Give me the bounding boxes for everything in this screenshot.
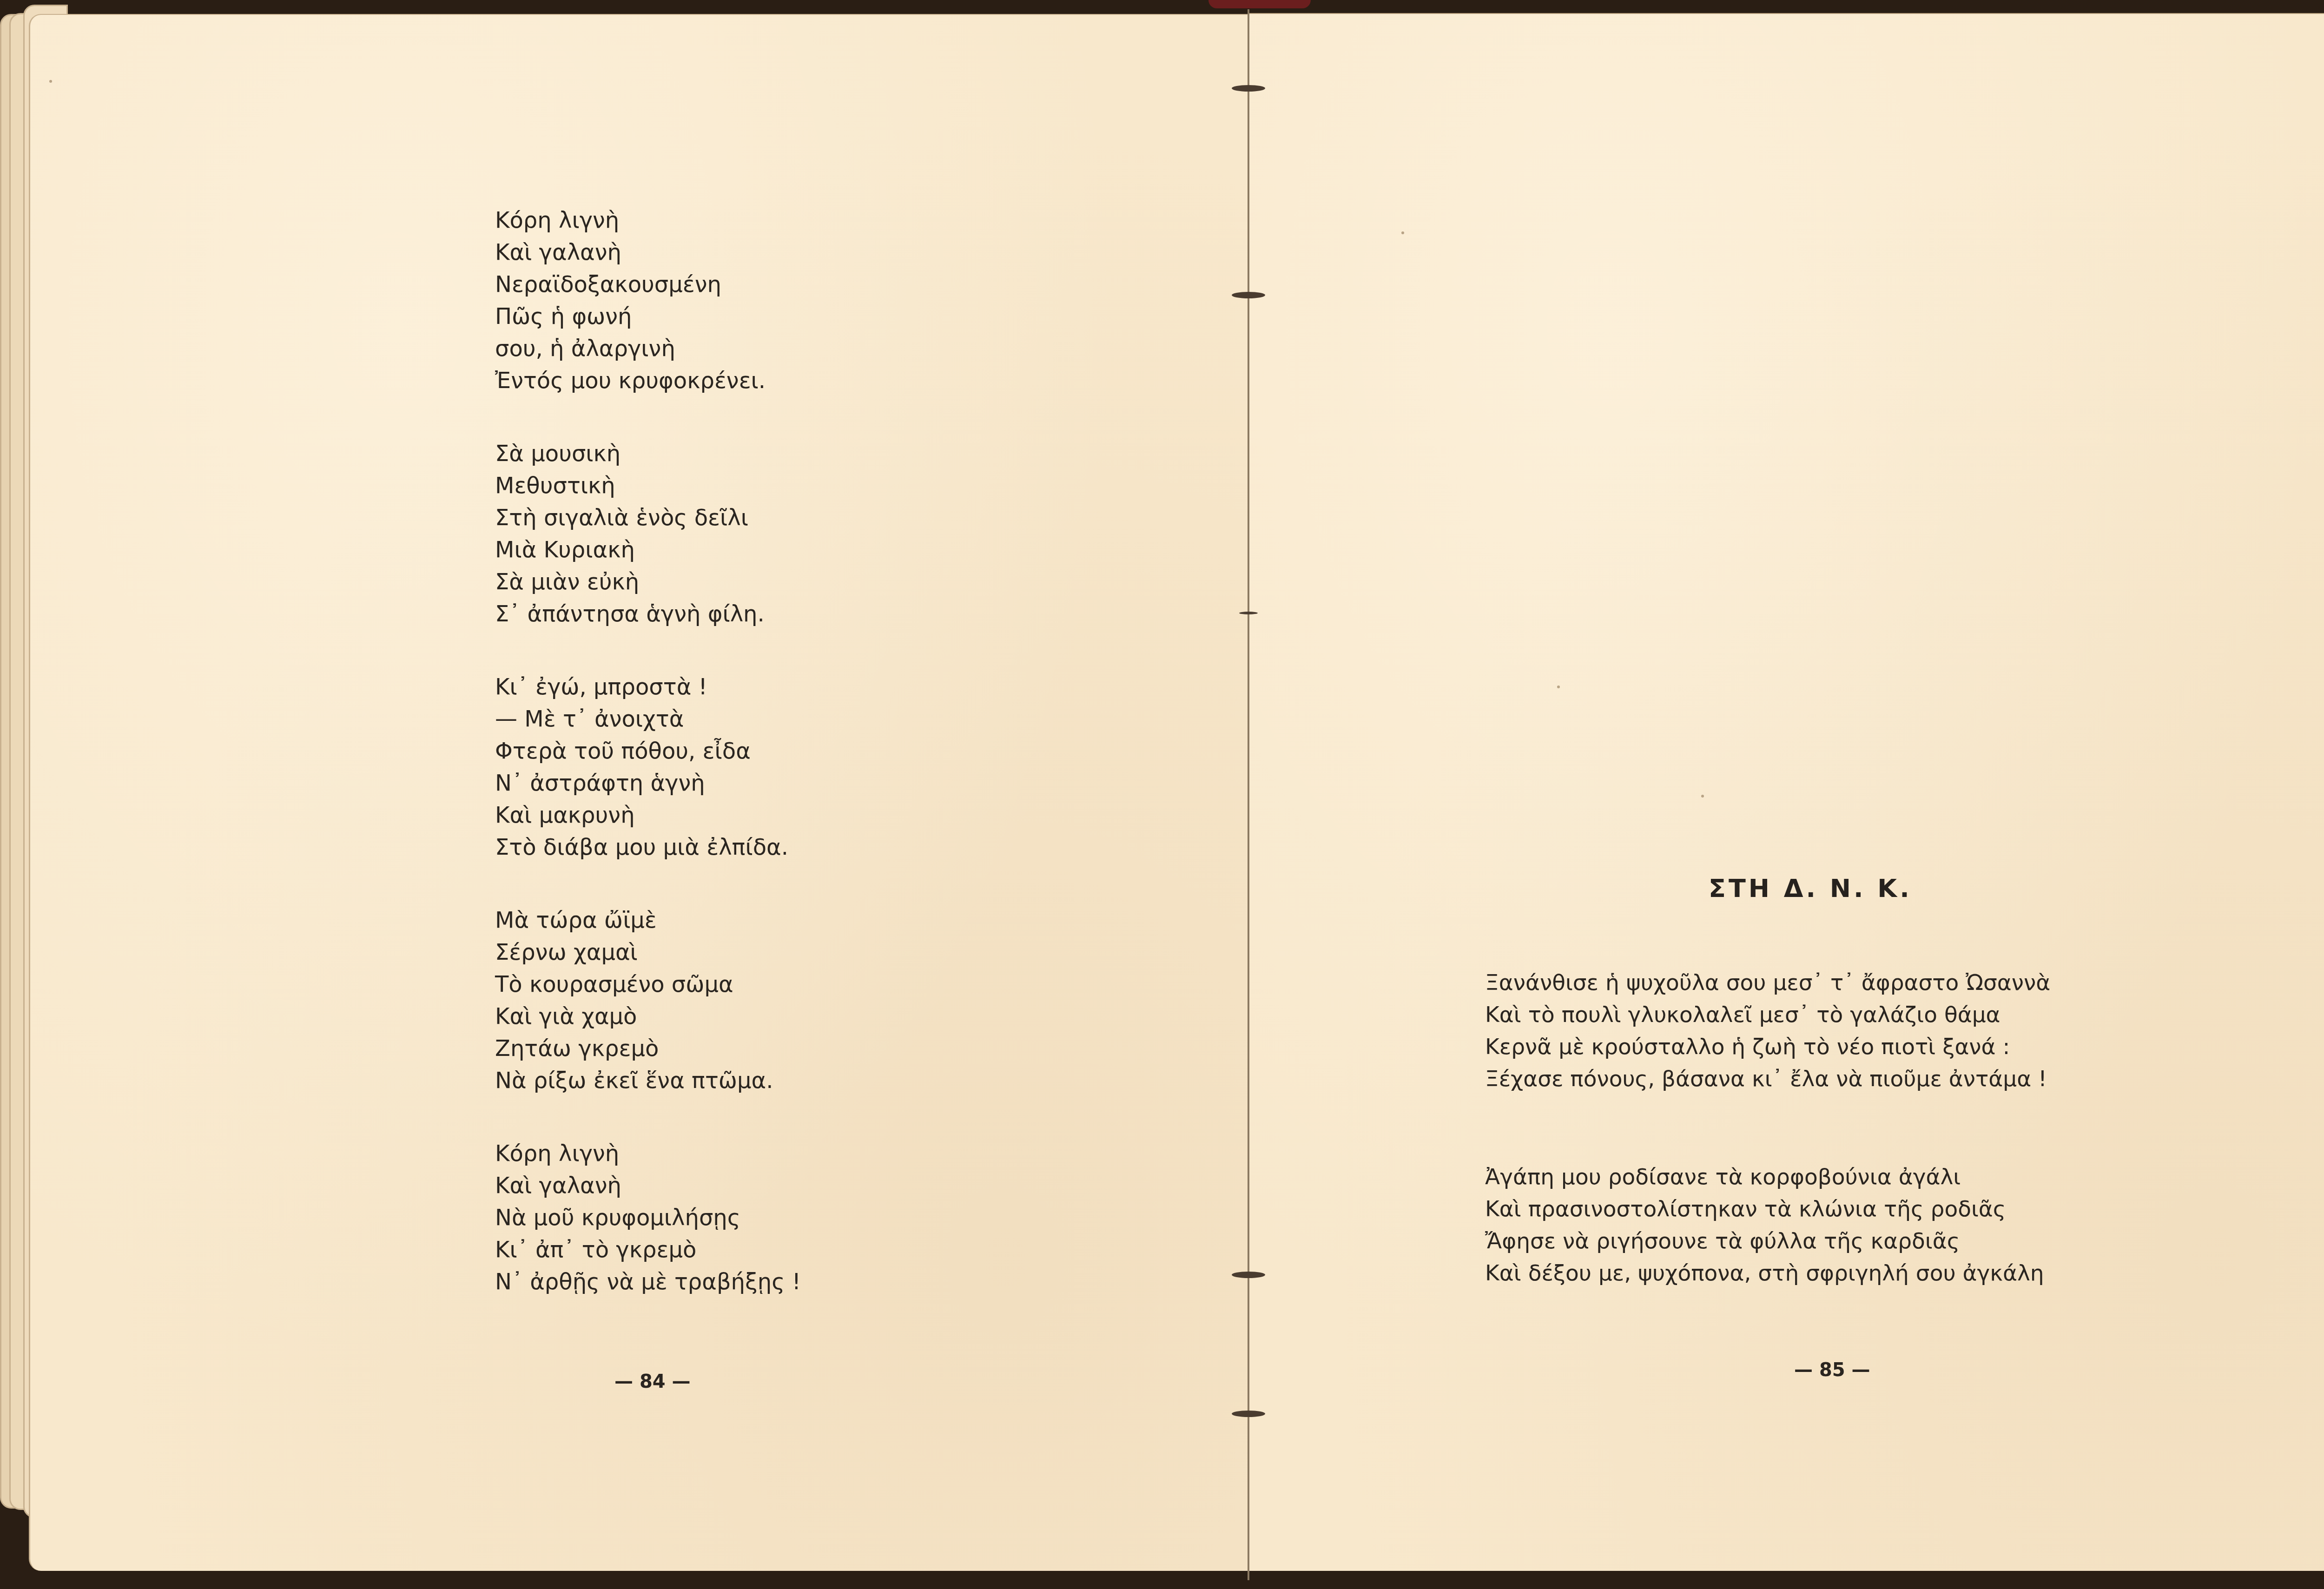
poem-line: Μεθυστικὴ: [495, 470, 801, 502]
book-spine: [1248, 9, 1249, 1580]
right-poem: Ξανάνθισε ἡ ψυχοῦλα σου μεσ᾽ τ᾽ ἄφραστο …: [1485, 967, 2050, 1289]
poem-line: Ν᾽ ἀστράφτη ἁγνὴ: [495, 767, 801, 799]
binding-stitch: [1232, 85, 1265, 92]
poem-line: Νὰ μοῦ κρυφομιλήσῃς: [495, 1202, 801, 1234]
binding-stitch: [1232, 292, 1265, 298]
poem-line: Καὶ πρασινοστολίστηκαν τὰ κλώνια τῆς ροδ…: [1485, 1193, 2050, 1225]
poem-line: Στὴ σιγαλιὰ ἑνὸς δεῖλι: [495, 502, 801, 534]
stanza: Κόρη λιγνὴ Καὶ γαλανὴ Νὰ μοῦ κρυφομιλήσῃ…: [495, 1138, 801, 1298]
poem-line: Ζητάω γκρεμὸ: [495, 1033, 801, 1065]
poem-line: Κόρη λιγνὴ: [495, 204, 801, 237]
stanza: Κόρη λιγνὴ Καὶ γαλανὴ Νεραϊδοξακουσμένη …: [495, 204, 801, 397]
stanza: Ἀγάπη μου ροδίσανε τὰ κορφοβούνια ἀγάλι …: [1485, 1161, 2050, 1289]
poem-line: Ἐντός μου κρυφοκρένει.: [495, 365, 801, 397]
paper-speck: [1401, 231, 1404, 234]
right-page: [1249, 13, 2324, 1571]
poem-line: Κερνᾶ μὲ κρούσταλλο ἡ ζωὴ τὸ νέο πιοτὶ ξ…: [1485, 1031, 2050, 1063]
poem-line: Κι᾽ ἀπ᾽ τὸ γκρεμὸ: [495, 1234, 801, 1266]
poem-line: Στὸ διάβα μου μιὰ ἐλπίδα.: [495, 831, 801, 864]
paper-speck: [1557, 686, 1560, 688]
poem-line: — Μὲ τ᾽ ἀνοιχτὰ: [495, 703, 801, 735]
poem-line: Κόρη λιγνὴ: [495, 1138, 801, 1170]
poem-line: Μὰ τώρα ὤϊμὲ: [495, 904, 801, 936]
stanza: Ξανάνθισε ἡ ψυχοῦλα σου μεσ᾽ τ᾽ ἄφραστο …: [1485, 967, 2050, 1095]
poem-line: Τὸ κουρασμένο σῶμα: [495, 969, 801, 1001]
page-number: — 84 —: [614, 1371, 691, 1392]
binding-stitch: [1232, 1272, 1265, 1278]
left-poem: Κόρη λιγνὴ Καὶ γαλανὴ Νεραϊδοξακουσμένη …: [495, 204, 801, 1298]
poem-line: Καὶ μακρυνὴ: [495, 799, 801, 831]
binding-stitch: [1232, 1411, 1265, 1417]
poem-line: Σ᾽ ἀπάντησα ἁγνὴ φίλη.: [495, 598, 801, 630]
poem-title: ΣΤΗ Δ. Ν. Κ.: [1709, 874, 1912, 903]
poem-line: Κι᾽ ἐγώ, μπροστὰ !: [495, 671, 801, 703]
paper-speck: [1701, 795, 1704, 798]
poem-line: Ξέχασε πόνους, βάσανα κι᾽ ἔλα νὰ πιοῦμε …: [1485, 1063, 2050, 1095]
poem-line: Ν᾽ ἀρθῇς νὰ μὲ τραβήξῃς !: [495, 1266, 801, 1298]
poem-line: Νεραϊδοξακουσμένη: [495, 269, 801, 301]
stanza: Μὰ τώρα ὤϊμὲ Σέρνω χαμαὶ Τὸ κουρασμένο σ…: [495, 904, 801, 1097]
poem-line: Καὶ τὸ πουλὶ γλυκολαλεῖ μεσ᾽ τὸ γαλάζιο …: [1485, 999, 2050, 1031]
poem-line: Νὰ ρίξω ἐκεῖ ἕνα πτῶμα.: [495, 1065, 801, 1097]
page-number: — 85 —: [1794, 1359, 1870, 1381]
poem-line: Μιὰ Κυριακὴ: [495, 534, 801, 566]
poem-line: σου, ἡ ἀλαργινὴ: [495, 333, 801, 365]
bookmark-ribbon: [1208, 0, 1311, 8]
poem-line: Ξανάνθισε ἡ ψυχοῦλα σου μεσ᾽ τ᾽ ἄφραστο …: [1485, 967, 2050, 999]
poem-line: Καὶ γιὰ χαμὸ: [495, 1001, 801, 1033]
poem-line: Σὰ μιὰν εὐκὴ: [495, 566, 801, 598]
paper-speck: [49, 80, 52, 83]
poem-line: Καὶ γαλανὴ: [495, 237, 801, 269]
poem-line: Πῶς ἡ φωνή: [495, 301, 801, 333]
poem-line: Καὶ δέξου με, ψυχόπονα, στὴ σφριγηλή σου…: [1485, 1257, 2050, 1289]
stanza: Σὰ μουσικὴ Μεθυστικὴ Στὴ σιγαλιὰ ἑνὸς δε…: [495, 438, 801, 630]
poem-line: Καὶ γαλανὴ: [495, 1170, 801, 1202]
poem-line: Ἄφησε νὰ ριγήσουνε τὰ φύλλα τῆς καρδιᾶς: [1485, 1225, 2050, 1257]
poem-line: Σέρνω χαμαὶ: [495, 936, 801, 969]
binding-stitch: [1239, 612, 1258, 614]
poem-line: Σὰ μουσικὴ: [495, 438, 801, 470]
poem-line: Φτερὰ τοῦ πόθου, εἶδα: [495, 735, 801, 767]
open-book: Κόρη λιγνὴ Καὶ γαλανὴ Νεραϊδοξακουσμένη …: [0, 0, 2324, 1589]
poem-line: Ἀγάπη μου ροδίσανε τὰ κορφοβούνια ἀγάλι: [1485, 1161, 2050, 1193]
stanza: Κι᾽ ἐγώ, μπροστὰ ! — Μὲ τ᾽ ἀνοιχτὰ Φτερὰ…: [495, 671, 801, 864]
